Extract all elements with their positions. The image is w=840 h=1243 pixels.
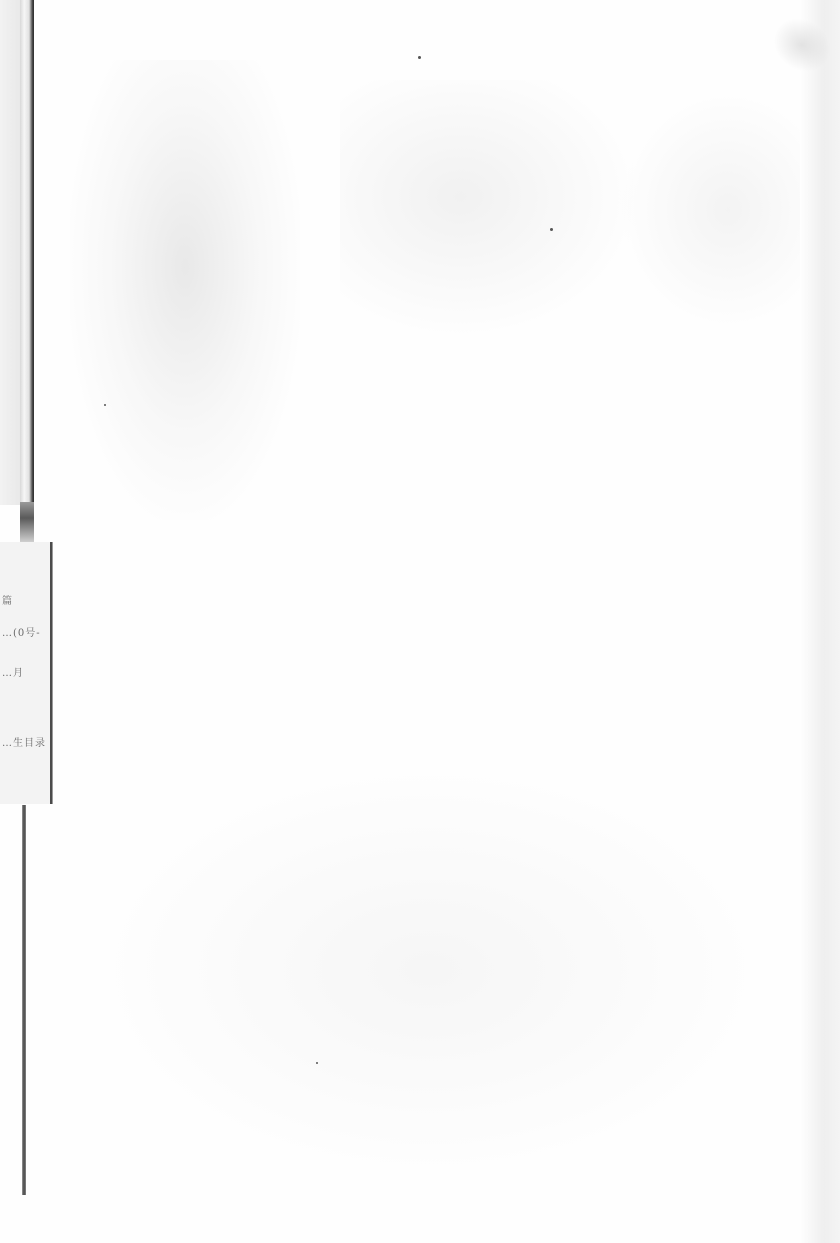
binding-margin — [0, 0, 22, 505]
page-edge-shadow — [800, 0, 840, 1243]
bleed-through-text-middle — [340, 80, 640, 340]
dust-speck — [418, 56, 421, 59]
dust-speck — [316, 1062, 318, 1064]
slip-text-line: …月 — [2, 664, 24, 679]
dust-speck — [104, 404, 106, 406]
dust-speck — [550, 228, 553, 231]
slip-text-line: 篇 — [2, 592, 13, 607]
bleed-through-text-left — [70, 60, 300, 520]
slip-text-line: …生目录 — [2, 734, 46, 749]
slip-text-line: …(0号- — [2, 624, 41, 639]
taped-paper-slip: 篇 …(0号- …月 …生目录 — [0, 542, 52, 804]
binding-edge-lower — [22, 805, 26, 1195]
bleed-through-text-right — [620, 90, 800, 330]
binding-clip — [20, 502, 34, 542]
bleed-through-text-lower — [90, 760, 770, 1180]
binding-edge-upper — [20, 0, 34, 505]
scanned-page: 篇 …(0号- …月 …生目录 — [0, 0, 840, 1243]
